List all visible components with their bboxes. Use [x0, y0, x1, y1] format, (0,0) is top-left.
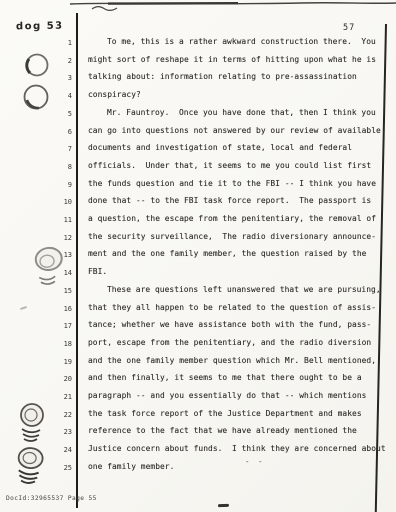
seal-stamp-mark [7, 445, 52, 490]
line-number: 16 [0, 305, 72, 313]
transcript-line: 25one family member. [0, 462, 396, 478]
transcript-line: 22the task force report of the Justice D… [0, 409, 396, 425]
docid-footer-stamp: DocId:32965537 Page 55 [6, 495, 97, 502]
transcript-line: 19and the one family member question whi… [0, 356, 396, 372]
transcript-line: 1To me, this is a rather awkward constru… [0, 37, 396, 53]
line-text: paragraph -- and you essentially do that… [88, 391, 366, 400]
line-text: the task force report of the Justice Dep… [88, 409, 362, 418]
seal-stamp-mark [25, 241, 73, 294]
scanned-transcript-page: dog 53 57 1To me, this is a rather awkwa… [0, 0, 396, 512]
line-text: the funds question and tie it to the FBI… [88, 179, 376, 188]
line-number: 4 [0, 92, 72, 100]
line-text: and the one family member question which… [88, 356, 376, 365]
transcript-line: 10done that -- to the FBI task force rep… [0, 196, 396, 212]
transcript-line: 23reference to the fact that we have alr… [0, 426, 396, 442]
transcript-line: 20and then finally, it seems to me that … [0, 373, 396, 389]
line-text: tance; whether we have assistance both w… [88, 320, 371, 329]
line-number: 10 [0, 198, 72, 206]
transcript-line: 2might sort of reshape it in terms of hi… [0, 55, 396, 71]
line-number: 11 [0, 216, 72, 224]
transcript-line: 16that they all happen to be related to … [0, 303, 396, 319]
line-number: 1 [0, 39, 72, 47]
line-number: 12 [0, 234, 72, 242]
line-text: conspiracy? [88, 90, 141, 99]
transcript-line: 5Mr. Fauntroy. Once you have done that, … [0, 108, 396, 124]
line-text: These are questions left unanswered that… [107, 285, 381, 294]
line-text: Mr. Fauntroy. Once you have done that, t… [107, 108, 376, 117]
transcript-line: 21paragraph -- and you essentially do th… [0, 391, 396, 407]
transcript-line: 8officials. Under that, it seems to me y… [0, 161, 396, 177]
line-number: 8 [0, 163, 72, 171]
line-number: 7 [0, 145, 72, 153]
line-number: 9 [0, 181, 72, 189]
line-number: 21 [0, 393, 72, 401]
smudge-mark [218, 504, 229, 507]
transcript-line: 18port, escape from the penitentiary, an… [0, 338, 396, 354]
transcript-line: 7documents and investigation of state, l… [0, 143, 396, 159]
line-number: 18 [0, 340, 72, 348]
transcript-line: 4conspiracy? [0, 90, 396, 106]
line-text: To me, this is a rather awkward construc… [107, 37, 376, 46]
line-text: ment and the one family member, the ques… [88, 249, 366, 258]
line-text: FBI. [88, 267, 107, 276]
seal-stamp-mark [10, 402, 50, 446]
stray-dash-marks: - - [245, 457, 265, 466]
line-text: the security surveillance, The radio div… [88, 232, 376, 241]
line-text: can go into questions not answered by ou… [88, 126, 381, 135]
line-text: might sort of reshape it in terms of hit… [88, 55, 376, 64]
transcript-line: 3talking about: information relating to … [0, 72, 396, 88]
transcript-line: 17tance; whether we have assistance both… [0, 320, 396, 336]
line-text: officials. Under that, it seems to me yo… [88, 161, 371, 170]
line-number: 17 [0, 322, 72, 330]
line-text: one family member. [88, 462, 174, 471]
line-number: 5 [0, 110, 72, 118]
line-text: talking about: information relating to p… [88, 72, 357, 81]
transcript-line: 24Justice concern about funds. I think t… [0, 444, 396, 460]
line-text: reference to the fact that we have alrea… [88, 426, 357, 435]
line-number: 19 [0, 358, 72, 366]
transcript-line: 9the funds question and tie it to the FB… [0, 179, 396, 195]
line-number: 2 [0, 57, 72, 65]
line-text: and then finally, it seems to me that th… [88, 373, 362, 382]
line-number: 20 [0, 375, 72, 383]
line-text: a question, the escape from the penitent… [88, 214, 376, 223]
line-text: done that -- to the FBI task force repor… [88, 196, 371, 205]
line-text: that they all happen to be related to th… [88, 303, 376, 312]
transcript-line: 6can go into questions not answered by o… [0, 126, 396, 142]
line-number: 3 [0, 74, 72, 82]
line-number: 6 [0, 128, 72, 136]
line-text: Justice concern about funds. I think the… [88, 444, 386, 453]
transcript-line: 11a question, the escape from the penite… [0, 214, 396, 230]
line-text: port, escape from the penitentiary, and … [88, 338, 371, 347]
line-text: documents and investigation of state, lo… [88, 143, 352, 152]
